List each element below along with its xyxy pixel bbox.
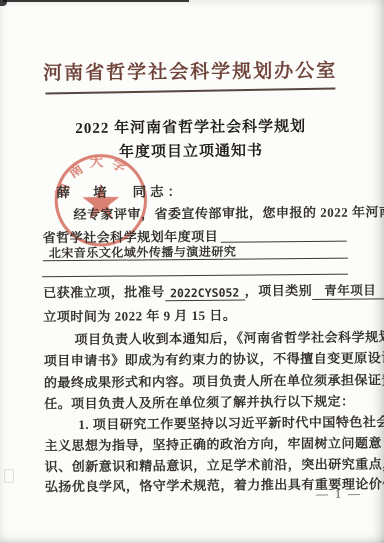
blank-underline-row xyxy=(42,257,348,278)
approval-prefix: 已获准立项，批准号 xyxy=(43,281,165,301)
approval-date-line: 立项时间为 2022 年 9 月 15 日。 xyxy=(43,305,236,326)
para2-line2: 项目申请书》即成为有约束力的协议，不得擅自变更原设计 xyxy=(44,347,384,369)
para2-line1: 项目负责人收到本通知后，《河南省哲学社会科学规划 xyxy=(74,326,384,348)
approval-number: 2022CYS052 xyxy=(165,286,245,302)
para3-line1: 1. 项目研究工作要坚持以习近平新时代中国特色社会 xyxy=(78,411,384,433)
para3-line3: 识、创新意识和精品意识，立足学术前沿，突出研究重点， xyxy=(45,453,384,475)
para2-line4: 任。项目负责人及所在单位须了解并执行以下规定： xyxy=(44,391,355,413)
para2-line3: 的最终成果形式和内容。项目负责人所在单位须承担保证责 xyxy=(44,369,384,391)
salutation: 薛 培 同志： xyxy=(56,180,185,201)
salutation-suffix: 同志： xyxy=(132,184,185,199)
project-category: 青年项目 xyxy=(312,280,384,300)
scanned-document-page: 河南省哲学社会科学规划办公室 2022 年河南省哲学社会科学规划 年度项目立项通… xyxy=(0,0,384,543)
header-rule xyxy=(45,87,335,94)
para3-line2: 主义思想为指导，坚持正确的政治方向，牢固树立问题意 xyxy=(44,432,382,454)
page-number: — 1 — xyxy=(315,487,363,502)
para1-line1: 经专家评审，省委宣传部审批，您申报的 2022 年河南 xyxy=(73,201,384,223)
recipient-name: 薛 培 xyxy=(56,185,117,201)
approval-line: 已获准立项，批准号 2022CYS052 ，项目类别 青年项目 ， xyxy=(43,279,384,301)
approval-mid: ，项目类别 xyxy=(245,280,313,300)
issuer-header: 河南省哲学社会科学规划办公室 xyxy=(0,55,382,85)
document-content: 河南省哲学社会科学规划办公室 2022 年河南省哲学社会科学规划 年度项目立项通… xyxy=(0,0,384,543)
document-title-line1: 2022 年河南省哲学社会科学规划 xyxy=(0,114,383,138)
